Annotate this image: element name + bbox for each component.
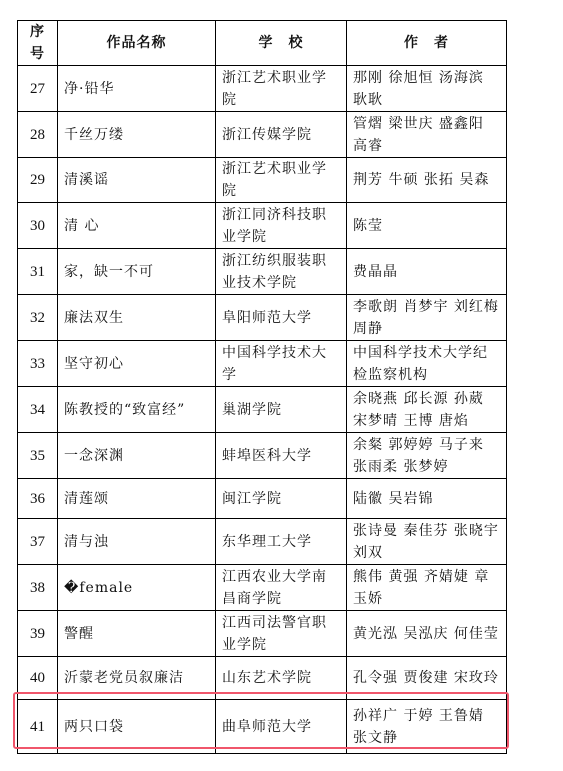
table-row-highlighted: 41 两只口袋 曲阜师范大学 孙祥广 于婷 王鲁婧 张文静 bbox=[18, 700, 507, 754]
cell-number: 40 bbox=[18, 657, 58, 700]
table-row: 28 千丝万缕 浙江传媒学院 管熠 梁世庆 盛鑫阳 高睿 bbox=[18, 112, 507, 158]
cell-number: 39 bbox=[18, 611, 58, 657]
cell-title: 一念深渊 bbox=[58, 433, 216, 479]
cell-title: 坚守初心 bbox=[58, 341, 216, 387]
table-header-row: 序号 作品名称 学 校 作 者 bbox=[18, 21, 507, 66]
cell-title: 两只口袋 bbox=[58, 700, 216, 754]
cell-authors: 管熠 梁世庆 盛鑫阳 高睿 bbox=[347, 112, 507, 158]
cell-title: 家，缺一不可 bbox=[58, 249, 216, 295]
header-school: 学 校 bbox=[216, 21, 347, 66]
cell-authors: 熊伟 黄强 齐婧婕 章玉娇 bbox=[347, 565, 507, 611]
cell-number: 27 bbox=[18, 66, 58, 112]
cell-school: 东华理工大学 bbox=[216, 519, 347, 565]
header-title: 作品名称 bbox=[58, 21, 216, 66]
cell-number: 34 bbox=[18, 387, 58, 433]
cell-authors: 中国科学技术大学纪检监察机构 bbox=[347, 341, 507, 387]
table-row: 31 家，缺一不可 浙江纺织服装职业技术学院 费晶晶 bbox=[18, 249, 507, 295]
cell-school: 蚌埠医科大学 bbox=[216, 433, 347, 479]
cell-school: 山东艺术学院 bbox=[216, 657, 347, 700]
cell-number: 28 bbox=[18, 112, 58, 158]
table-row: 34 陈教授的“致富经” 巢湖学院 余晓燕 邱长源 孙葳 宋梦晴 王博 唐焰 bbox=[18, 387, 507, 433]
cell-title: 警醒 bbox=[58, 611, 216, 657]
cell-number: 36 bbox=[18, 479, 58, 519]
cell-number: 31 bbox=[18, 249, 58, 295]
cell-title: 清溪谣 bbox=[58, 158, 216, 203]
cell-title: �female bbox=[58, 565, 216, 611]
cell-authors: 孙祥广 于婷 王鲁婧 张文静 bbox=[347, 700, 507, 754]
award-table: 序号 作品名称 学 校 作 者 27 净·铅华 浙江艺术职业学院 那刚 徐旭恒 … bbox=[17, 20, 507, 754]
cell-title: 沂蒙老党员叙廉洁 bbox=[58, 657, 216, 700]
cell-school: 江西农业大学南昌商学院 bbox=[216, 565, 347, 611]
cell-school: 巢湖学院 bbox=[216, 387, 347, 433]
cell-school: 曲阜师范大学 bbox=[216, 700, 347, 754]
cell-title: 清与浊 bbox=[58, 519, 216, 565]
cell-school: 浙江艺术职业学院 bbox=[216, 158, 347, 203]
table-row: 38 �female 江西农业大学南昌商学院 熊伟 黄强 齐婧婕 章玉娇 bbox=[18, 565, 507, 611]
cell-title: 千丝万缕 bbox=[58, 112, 216, 158]
table-row: 29 清溪谣 浙江艺术职业学院 荆芳 牛硕 张拓 吴森 bbox=[18, 158, 507, 203]
cell-title: 廉法双生 bbox=[58, 295, 216, 341]
cell-title: 陈教授的“致富经” bbox=[58, 387, 216, 433]
cell-authors: 那刚 徐旭恒 汤海滨 耿耿 bbox=[347, 66, 507, 112]
cell-school: 中国科学技术大学 bbox=[216, 341, 347, 387]
cell-school: 阜阳师范大学 bbox=[216, 295, 347, 341]
cell-authors: 荆芳 牛硕 张拓 吴森 bbox=[347, 158, 507, 203]
cell-authors: 陆徽 吴岩锦 bbox=[347, 479, 507, 519]
cell-school: 浙江纺织服装职业技术学院 bbox=[216, 249, 347, 295]
cell-authors: 费晶晶 bbox=[347, 249, 507, 295]
cell-authors: 李歌朗 肖梦宇 刘红梅 周静 bbox=[347, 295, 507, 341]
cell-number: 38 bbox=[18, 565, 58, 611]
table-row: 32 廉法双生 阜阳师范大学 李歌朗 肖梦宇 刘红梅 周静 bbox=[18, 295, 507, 341]
cell-school: 浙江传媒学院 bbox=[216, 112, 347, 158]
cell-authors: 余粲 郭婷婷 马子来 张雨柔 张梦婷 bbox=[347, 433, 507, 479]
header-number: 序号 bbox=[18, 21, 58, 66]
cell-authors: 黄光泓 吴泓庆 何佳莹 bbox=[347, 611, 507, 657]
header-authors: 作 者 bbox=[347, 21, 507, 66]
cell-title: 清 心 bbox=[58, 203, 216, 249]
table-row: 33 坚守初心 中国科学技术大学 中国科学技术大学纪检监察机构 bbox=[18, 341, 507, 387]
cell-number: 35 bbox=[18, 433, 58, 479]
cell-number: 32 bbox=[18, 295, 58, 341]
cell-authors: 张诗曼 秦佳芬 张晓宇 刘双 bbox=[347, 519, 507, 565]
cell-school: 闽江学院 bbox=[216, 479, 347, 519]
cell-authors: 陈莹 bbox=[347, 203, 507, 249]
cell-title: 净·铅华 bbox=[58, 66, 216, 112]
cell-number: 37 bbox=[18, 519, 58, 565]
table-row: 30 清 心 浙江同济科技职业学院 陈莹 bbox=[18, 203, 507, 249]
table-row: 40 沂蒙老党员叙廉洁 山东艺术学院 孔令强 贾俊建 宋玫玲 bbox=[18, 657, 507, 700]
cell-number: 29 bbox=[18, 158, 58, 203]
cell-school: 浙江艺术职业学院 bbox=[216, 66, 347, 112]
table-row: 27 净·铅华 浙江艺术职业学院 那刚 徐旭恒 汤海滨 耿耿 bbox=[18, 66, 507, 112]
cell-school: 浙江同济科技职业学院 bbox=[216, 203, 347, 249]
cell-number: 41 bbox=[18, 700, 58, 754]
table-row: 36 清莲颂 闽江学院 陆徽 吴岩锦 bbox=[18, 479, 507, 519]
cell-school: 江西司法警官职业学院 bbox=[216, 611, 347, 657]
cell-number: 33 bbox=[18, 341, 58, 387]
cell-title: 清莲颂 bbox=[58, 479, 216, 519]
table-row: 35 一念深渊 蚌埠医科大学 余粲 郭婷婷 马子来 张雨柔 张梦婷 bbox=[18, 433, 507, 479]
cell-authors: 余晓燕 邱长源 孙葳 宋梦晴 王博 唐焰 bbox=[347, 387, 507, 433]
table-row: 37 清与浊 东华理工大学 张诗曼 秦佳芬 张晓宇 刘双 bbox=[18, 519, 507, 565]
cell-number: 30 bbox=[18, 203, 58, 249]
cell-authors: 孔令强 贾俊建 宋玫玲 bbox=[347, 657, 507, 700]
table-row: 39 警醒 江西司法警官职业学院 黄光泓 吴泓庆 何佳莹 bbox=[18, 611, 507, 657]
